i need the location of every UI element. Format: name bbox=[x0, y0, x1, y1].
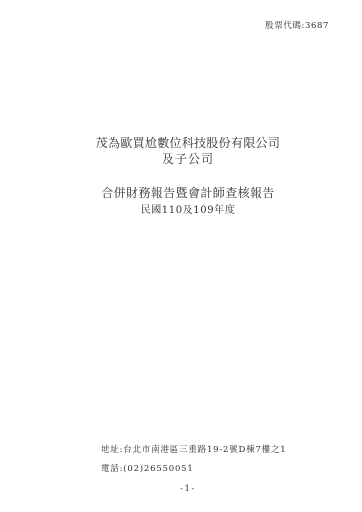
report-period: 民國110及109年度 bbox=[14, 204, 362, 217]
report-title-block: 合併財務報告暨會計師查核報告 民國110及109年度 bbox=[0, 186, 362, 217]
phone-line: 電話:(02)26550051 bbox=[101, 460, 287, 479]
stock-code-label: 股票代碼:3687 bbox=[265, 19, 329, 31]
company-subsidiaries-label: 及子公司 bbox=[14, 151, 362, 167]
report-title: 合併財務報告暨會計師查核報告 bbox=[14, 186, 362, 201]
page-number: -1- bbox=[0, 484, 362, 494]
address-line: 地址:台北市南港區三重路19-2號D棟7樓之1 bbox=[101, 441, 287, 460]
report-cover-page: 股票代碼:3687 茂為歐買尬數位科技股份有限公司 及子公司 合併財務報告暨會計… bbox=[0, 0, 362, 512]
contact-info-block: 地址:台北市南港區三重路19-2號D棟7樓之1 電話:(02)26550051 bbox=[101, 441, 287, 478]
company-name: 茂為歐買尬數位科技股份有限公司 bbox=[14, 135, 362, 151]
company-title-block: 茂為歐買尬數位科技股份有限公司 及子公司 bbox=[0, 135, 362, 167]
